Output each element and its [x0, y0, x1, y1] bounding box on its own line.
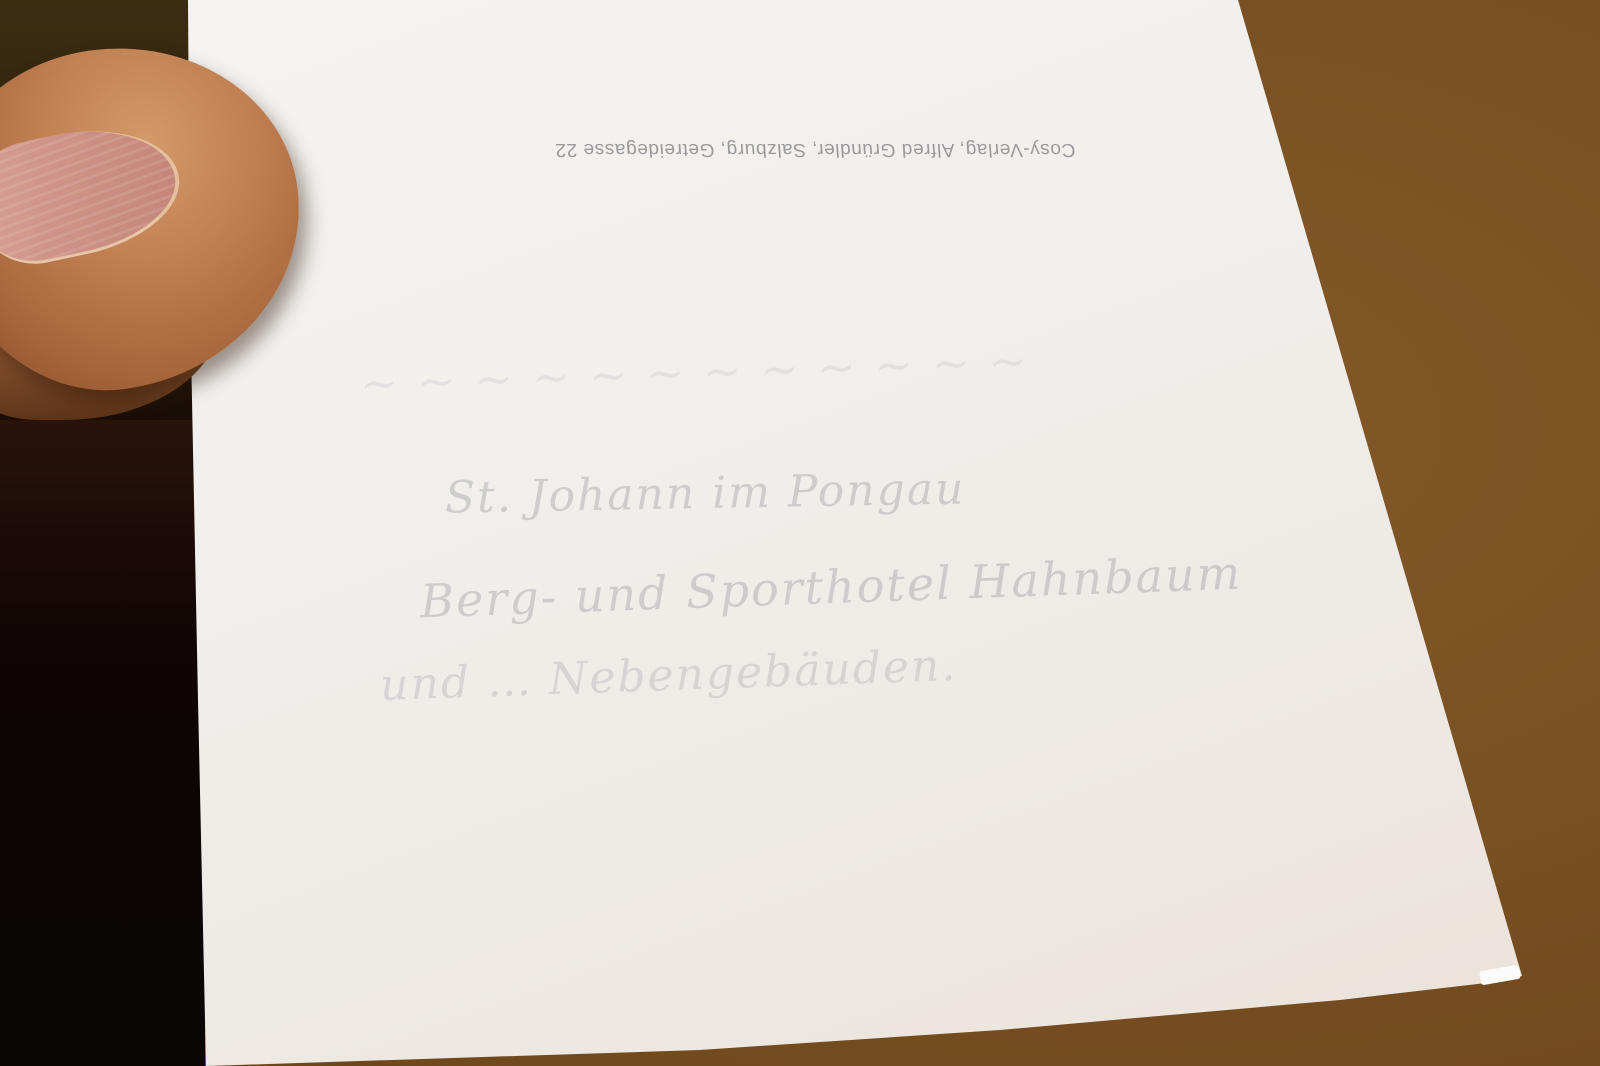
publisher-imprint: Cosy-Verlag, Alfred Gründler, Salzburg, … — [434, 138, 1196, 160]
background-shadow-band — [0, 420, 205, 650]
thumbnail-ridges — [0, 112, 186, 271]
handwriting-line-2: St. Johann im Pongau — [445, 463, 966, 523]
photo-scene: Cosy-Verlag, Alfred Gründler, Salzburg, … — [0, 0, 1600, 1066]
